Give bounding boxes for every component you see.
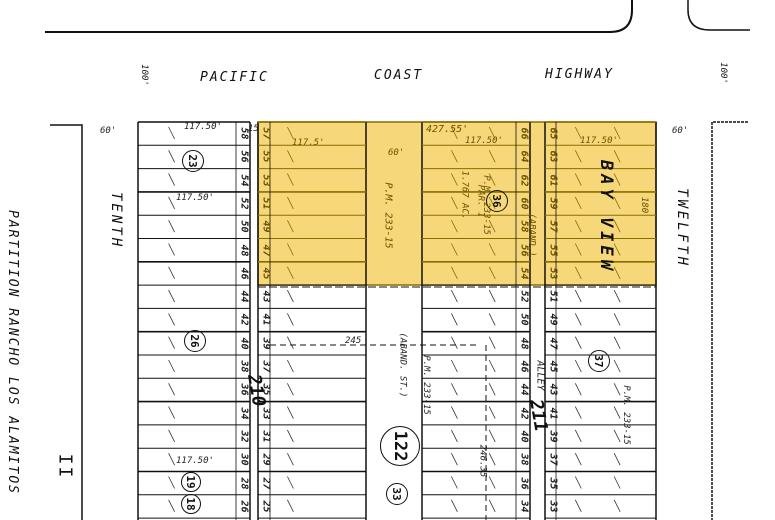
street-label-coast: COAST xyxy=(374,68,423,83)
area-label-bay-view: BAY VIEW xyxy=(596,160,616,274)
annotation-pm-3: P.M. 233-15 xyxy=(421,355,431,415)
annotation-aband-st: (ABAND. ST.) xyxy=(398,332,408,397)
lot-number: 46 xyxy=(519,360,530,372)
lot-number: 41 xyxy=(261,314,272,326)
dimension-117-50-bottom: 117.50' xyxy=(176,456,214,466)
lot-number: 35 xyxy=(548,477,559,489)
lot-number: 60 xyxy=(519,197,530,209)
lot-number: 45 xyxy=(261,267,272,279)
dimension-246-35: 246.35 xyxy=(477,445,487,478)
lot-number: 49 xyxy=(261,221,272,233)
dimension-117-50-left: 117.50' xyxy=(176,193,214,203)
lot-number: 57 xyxy=(261,127,272,139)
area-label-rancho: PARTITION RANCHO LOS ALAMITOS xyxy=(5,210,20,495)
dimension-60: 60' xyxy=(388,148,404,158)
annotation-parcel: PAR. 1 xyxy=(475,185,485,218)
lot-number: 49 xyxy=(548,314,559,326)
lot-number: 58 xyxy=(519,221,530,233)
lot-number: 52 xyxy=(239,197,250,209)
lot-number: 26 xyxy=(239,500,250,512)
lot-number: 58 xyxy=(239,127,250,139)
lot-number: 48 xyxy=(519,337,530,349)
annotation-acreage: 1.767 AC. xyxy=(459,171,469,220)
lot-number: 40 xyxy=(519,430,530,442)
lot-number: 43 xyxy=(261,291,272,303)
lot-number: 30 xyxy=(239,454,250,466)
lot-number: 52 xyxy=(519,291,530,303)
width-label-top-left: 100' xyxy=(139,64,149,86)
lot-number: 57 xyxy=(548,221,559,233)
block-marker-33: 33 xyxy=(386,483,408,505)
lot-number: 36 xyxy=(239,384,250,396)
street-label-highway: HIGHWAY xyxy=(545,67,614,82)
lot-number: 32 xyxy=(239,430,250,442)
lot-number: 50 xyxy=(519,314,530,326)
dimension-15: 15 xyxy=(248,124,259,134)
lot-number: 59 xyxy=(548,197,559,209)
lot-number: 37 xyxy=(548,454,559,466)
lot-number: 25 xyxy=(261,500,272,512)
block-marker-26: 26 xyxy=(184,330,206,352)
lot-number: 33 xyxy=(261,407,272,419)
lot-number: 53 xyxy=(261,174,272,186)
lot-number: 53 xyxy=(548,267,559,279)
parcel-map: PACIFIC COAST HIGHWAY 100' 100' 60' 60' … xyxy=(0,0,775,520)
lot-number: 38 xyxy=(519,454,530,466)
lot-number: 63 xyxy=(548,151,559,163)
street-label-pacific: PACIFIC xyxy=(200,70,269,85)
block-marker-122: 122 xyxy=(380,426,420,466)
lot-number: 43 xyxy=(548,384,559,396)
block-marker-23: 23 xyxy=(182,150,204,172)
lot-number: 29 xyxy=(261,454,272,466)
lot-number: 51 xyxy=(261,197,272,209)
lot-number: 39 xyxy=(261,337,272,349)
lot-number: 62 xyxy=(519,174,530,186)
width-label-top-right: 100' xyxy=(718,62,728,84)
lot-number: 35 xyxy=(261,384,272,396)
lot-number: 34 xyxy=(519,500,530,512)
dimension-427-55: 427.55' xyxy=(426,124,468,135)
lot-number: 27 xyxy=(261,477,272,489)
lot-number: 54 xyxy=(239,174,250,186)
dimension-117-50-top: 117.50' xyxy=(184,122,222,132)
lot-number: 41 xyxy=(548,407,559,419)
lot-number: 56 xyxy=(519,244,530,256)
lot-number: 48 xyxy=(239,244,250,256)
dimension-117-50-a: 117.50' xyxy=(465,136,503,146)
width-label-left: 60' xyxy=(100,126,116,136)
street-label-twelfth: TWELFTH xyxy=(674,188,690,268)
annotation-alley: ALLEY xyxy=(535,360,546,390)
block-marker-37: 37 xyxy=(588,350,610,372)
width-label-right: 60' xyxy=(672,126,688,136)
lot-number: 46 xyxy=(239,267,250,279)
lot-number: 55 xyxy=(261,151,272,163)
lot-number: 50 xyxy=(239,221,250,233)
lot-number: 47 xyxy=(261,244,272,256)
street-label-tenth: TENTH xyxy=(108,192,124,249)
lot-number: 31 xyxy=(261,430,272,442)
dimension-117-50-b: 117.50' xyxy=(580,136,618,146)
lot-number: 37 xyxy=(261,360,272,372)
lot-number: 54 xyxy=(519,267,530,279)
dimension-117-5: 117.5' xyxy=(292,138,325,148)
annotation-pm-4: P.M. 233-15 xyxy=(621,385,631,445)
lot-number: 33 xyxy=(548,500,559,512)
lot-number: 64 xyxy=(519,151,530,163)
lot-number: 65 xyxy=(548,127,559,139)
lot-number: 36 xyxy=(519,477,530,489)
lot-number: 42 xyxy=(519,407,530,419)
dimension-180: 180 xyxy=(639,197,649,213)
lot-number: 66 xyxy=(519,127,530,139)
lot-number: 45 xyxy=(548,360,559,372)
lot-number: 44 xyxy=(239,291,250,303)
lot-number: 34 xyxy=(239,407,250,419)
lot-number: 44 xyxy=(519,384,530,396)
lot-number: 47 xyxy=(548,337,559,349)
annotation-pm-1: P.M. 233-15 xyxy=(383,182,394,248)
block-marker-19: 19 xyxy=(181,472,201,492)
map-key-mark: II xyxy=(54,454,75,480)
lot-number: 56 xyxy=(239,151,250,163)
lot-number: 55 xyxy=(548,244,559,256)
lot-number: 40 xyxy=(239,337,250,349)
lot-number: 38 xyxy=(239,360,250,372)
block-marker-18: 18 xyxy=(181,494,201,514)
lot-number: 28 xyxy=(239,477,250,489)
dimension-245: 245 xyxy=(345,336,361,346)
lot-number: 61 xyxy=(548,174,559,186)
lot-number: 42 xyxy=(239,314,250,326)
lot-number: 51 xyxy=(548,291,559,303)
lot-number: 39 xyxy=(548,430,559,442)
